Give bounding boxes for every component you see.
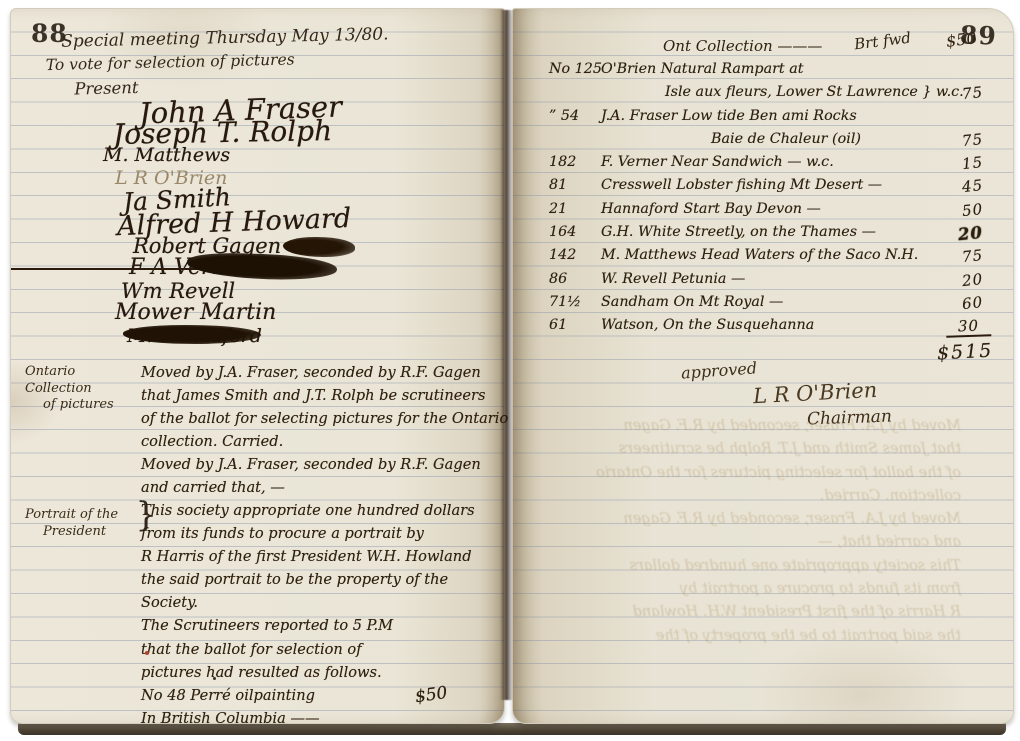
- entry-text: W. Revell Petunia —: [601, 271, 745, 287]
- bleedthrough-line: Moved by J.A. Fraser, seconded by R.F. G…: [523, 508, 1003, 531]
- entry-number: No 125: [549, 61, 601, 77]
- margin-note: Ontario Collection of pictures: [25, 364, 141, 414]
- entry-number: 86: [549, 271, 601, 287]
- margin-note-line: of pictures: [25, 397, 141, 414]
- entry-amount: 75: [961, 83, 984, 103]
- entry-number: 61: [549, 317, 601, 333]
- minute-section-ontario-collection: Ontario Collection of pictures Moved by …: [11, 361, 504, 500]
- ink-speck: [213, 677, 216, 680]
- entry-text: G.H. White Streetly, on the Thames —: [601, 224, 876, 240]
- ledger-row: Baie de Chaleur (oil)75: [513, 131, 1013, 154]
- body-line: the said portrait to be the property of …: [141, 568, 500, 591]
- ledger-row: 81Cresswell Lobster fishing Mt Desert —4…: [513, 177, 1013, 200]
- body-line: The Scrutineers reported to 5 P.M: [141, 614, 500, 637]
- ledger-row: ” 54J.A. Fraser Low tide Ben ami Rocks: [513, 108, 1013, 131]
- entry-number: 164: [549, 224, 601, 240]
- margin-note: Portrait of the President: [25, 507, 141, 540]
- body-line: R Harris of the first President W.H. How…: [141, 545, 500, 568]
- entry-number: 142: [549, 247, 601, 263]
- bleedthrough-line: R Harris of the first President W.H. How…: [523, 601, 1003, 624]
- entry-amount: 15: [961, 153, 984, 173]
- ledger-header: Ont Collection ——— Brt fwd $50: [513, 37, 1013, 61]
- bleedthrough-line: the said portrait to be the property of …: [523, 625, 1003, 648]
- entry-text: J.A. Fraser Low tide Ben ami Rocks: [601, 108, 857, 124]
- entry-text: Baie de Chaleur (oil): [711, 131, 861, 147]
- margin-note-line: President: [25, 524, 141, 541]
- bleedthrough-line: This society appropriate one hundred dol…: [523, 555, 1003, 578]
- entry-number: ” 54: [549, 108, 601, 124]
- signature: Joseph T. Rolph: [113, 120, 332, 146]
- picture-price-ledger: No 125O'Brien Natural Rampart atIsle aux…: [513, 61, 1013, 367]
- entry-text: F. Verner Near Sandwich — w.c.: [601, 154, 834, 170]
- entry-amount: 60: [961, 293, 984, 313]
- entry-text: Cresswell Lobster fishing Mt Desert —: [601, 177, 882, 193]
- body-line: that James Smith and J.T. Rolph be scrut…: [141, 384, 500, 407]
- body-line: of the ballot for selecting pictures for…: [141, 407, 500, 430]
- entry-amount: 75: [961, 246, 984, 266]
- entry-text: Sandham On Mt Royal —: [601, 294, 783, 310]
- ledger-row: 142M. Matthews Head Waters of the Saco N…: [513, 247, 1013, 270]
- right-page: 89 Ont Collection ——— Brt fwd $50 No 125…: [512, 8, 1014, 724]
- ledger-row: Isle aux fleurs, Lower St Lawrence } w.c…: [513, 84, 1013, 107]
- bleedthrough-line: collection. Carried.: [523, 485, 1003, 508]
- body-line: In British Columbia ——: [141, 707, 500, 730]
- bleedthrough-line: of the ballot for selecting pictures for…: [523, 462, 1003, 485]
- ledger-row: 21Hannaford Start Bay Devon —50: [513, 201, 1013, 224]
- entry-amount: 75: [961, 130, 984, 150]
- entry-text: M. Matthews Head Waters of the Saco N.H.: [601, 247, 918, 263]
- bleedthrough-line: and carried that, —: [523, 531, 1003, 554]
- book-gutter: [500, 10, 513, 700]
- signature: Mower Martin: [115, 302, 276, 325]
- chairman-signature: L R O'Brien: [752, 378, 877, 408]
- signature-list: John A FraserJoseph T. RolphM. MatthewsL…: [11, 99, 504, 348]
- bleedthrough-line: that James Smith and J.T. Rolph be scrut…: [523, 438, 1003, 461]
- signature: Wm Revell: [121, 280, 235, 303]
- body-line: Society.: [141, 591, 500, 614]
- ledger-row: 71½Sandham On Mt Royal —60: [513, 294, 1013, 317]
- entry-text: Watson, On the Susquehanna: [601, 317, 814, 333]
- body-line: and carried that, —: [141, 476, 500, 499]
- entry-text: Isle aux fleurs, Lower St Lawrence } w.c…: [665, 84, 964, 100]
- body-line: This society appropriate one hundred dol…: [141, 499, 500, 522]
- entry-amount: 20: [961, 270, 984, 290]
- margin-note-line: Portrait of the: [25, 507, 141, 524]
- bleedthrough-line: from its funds to procure a portrait by: [523, 578, 1003, 601]
- margin-note-line: Ontario Collection: [25, 364, 141, 397]
- body-line: Moved by J.A. Fraser, seconded by R.F. G…: [141, 361, 500, 384]
- meeting-heading: Special meeting Thursday May 13/80. To v…: [11, 21, 505, 102]
- body-line: that the ballot for selection of: [141, 638, 500, 661]
- ledger-row: 164G.H. White Streetly, on the Thames —2…: [513, 224, 1013, 247]
- approved-word: approved: [680, 358, 757, 382]
- brought-forward-label: Brt fwd: [853, 29, 912, 54]
- body-line: from its funds to procure a portrait by: [141, 522, 500, 545]
- total-amount: $515: [936, 339, 993, 364]
- brought-forward-amount: $50: [945, 28, 978, 51]
- entry-amount: 20: [957, 223, 984, 245]
- ledger-title: Ont Collection ———: [663, 37, 822, 55]
- entry-number: 81: [549, 177, 601, 193]
- bleedthrough-line: Moved by J.A. Fraser, seconded by R.F. G…: [523, 415, 1003, 438]
- ink-speck: [145, 651, 149, 655]
- entry-number: 21: [549, 201, 601, 217]
- ledger-row: $515: [513, 341, 1013, 367]
- signature: M. Hannaford: [127, 325, 262, 348]
- minute-body-text: Moved by J.A. Fraser, seconded by R.F. G…: [141, 361, 500, 500]
- entry-text: O'Brien Natural Rampart at: [601, 61, 803, 77]
- ledger-row: 182F. Verner Near Sandwich — w.c.15: [513, 154, 1013, 177]
- ledger-row: 86W. Revell Petunia —20: [513, 271, 1013, 294]
- body-line: Moved by J.A. Fraser, seconded by R.F. G…: [141, 453, 500, 476]
- entry-number: 182: [549, 154, 601, 170]
- signature: F A Verner: [129, 257, 249, 280]
- entry-text: Hannaford Start Bay Devon —: [601, 201, 821, 217]
- ink-bleedthrough: Moved by J.A. Fraser, seconded by R.F. G…: [523, 415, 1003, 709]
- left-page: 88 Special meeting Thursday May 13/80. T…: [10, 8, 505, 724]
- ledger-row: 61Watson, On the Susquehanna30: [513, 317, 1013, 340]
- body-line: pictures had resulted as follows.: [141, 661, 500, 684]
- entry-amount: 30: [946, 316, 992, 338]
- entry-number: 71½: [549, 294, 601, 310]
- entry-amount: 45: [961, 176, 984, 196]
- entry-amount: 50: [961, 200, 984, 220]
- body-line: collection. Carried.: [141, 430, 500, 453]
- ledger-row: No 125O'Brien Natural Rampart at: [513, 61, 1013, 84]
